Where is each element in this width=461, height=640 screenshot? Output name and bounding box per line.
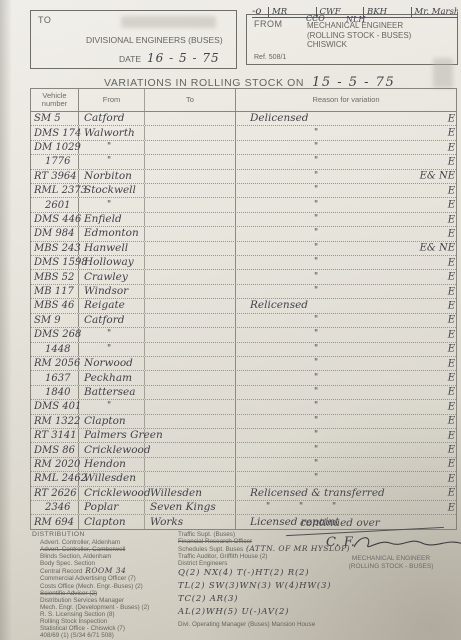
garage-allocation-line: TC(2) AR(3)	[178, 593, 336, 606]
table-row: RML 2373 Stockwell " E	[31, 184, 456, 198]
garage-allocation-line: TL(2) SW(3)WN(3) W(4)HW(3)	[178, 580, 336, 593]
distribution-item: Costs Office (Mech. Engr.-Buses) (2)	[32, 583, 184, 590]
from-cell: Windsor	[79, 286, 128, 297]
table-row: RM 694 Clapton Works Licensed repaint	[31, 515, 456, 528]
table-row: DMS 401 " " E	[31, 400, 456, 414]
from-label: FROM	[254, 19, 283, 29]
vehicle-number: MBS 46	[31, 300, 74, 311]
continued-over-note: continued over	[300, 517, 380, 529]
routing-initials-left: CCO	[306, 14, 325, 23]
signoff-title: MECHANICAL ENGINEER (ROLLING STOCK - BUS…	[326, 555, 456, 570]
from-cell: Hendon	[79, 459, 126, 470]
faint-edge-stamp	[433, 58, 453, 88]
vehicle-number: 1448	[31, 344, 70, 355]
margin-mark: E	[448, 473, 455, 484]
margin-mark: E	[448, 430, 455, 441]
from-cell: "	[79, 142, 111, 153]
vehicle-number: 1776	[31, 156, 70, 167]
reason-cell: "	[236, 459, 318, 470]
from-cell: Hanwell	[79, 243, 128, 254]
document-title: VARIATIONS IN ROLLING STOCK ON15 - 5 - 7…	[104, 73, 395, 91]
table-row: 1776 " " E	[31, 155, 456, 169]
margin-mark: E	[448, 329, 455, 340]
from-cell: Norwood	[79, 358, 133, 369]
from-line-2: (ROLLING STOCK - BUSES)	[307, 31, 411, 41]
signoff-line-1: MECHANICAL ENGINEER	[326, 555, 456, 563]
from-cell: Clapton	[79, 517, 126, 528]
table-row: DMS 446 Enfield " E	[31, 213, 456, 227]
vehicle-number: 1840	[31, 387, 70, 398]
to-cell: Willesden	[145, 488, 202, 499]
table-row: RT 2626 Cricklewood Willesden Relicensed…	[31, 487, 456, 501]
title-printed: VARIATIONS IN ROLLING STOCK ON	[104, 77, 304, 89]
vehicle-number: DM 1029	[31, 142, 81, 153]
vehicle-number: DMS 174	[31, 128, 81, 139]
routing-cell: BKH	[363, 7, 411, 17]
vehicle-number: RM 2056	[31, 358, 80, 369]
margin-mark: E	[448, 358, 455, 369]
table-row: RT 3964 Norbiton " E& NE	[31, 170, 456, 184]
from-cell: Catford	[79, 113, 124, 124]
table-row: MB 117 Windsor " E	[31, 285, 456, 299]
table-row: 2601 " " E	[31, 198, 456, 212]
table-row: RML 2462 Willesden " E	[31, 472, 456, 486]
vehicle-number: DMS 86	[31, 445, 75, 456]
margin-mark: E	[448, 401, 455, 412]
table-row: DMS 86 Cricklewood " E	[31, 443, 456, 457]
margin-mark: E	[448, 228, 455, 239]
reason-cell: "	[236, 228, 318, 239]
from-cell: "	[79, 200, 111, 211]
distribution-item: Advert. Controller, Camberwell	[32, 546, 184, 553]
distribution-item: Central Record ROOM 34	[32, 567, 184, 575]
margin-mark: E	[448, 214, 455, 225]
table-header-row: Vehicle number From To Reason for variat…	[31, 89, 456, 112]
reason-cell: "	[236, 257, 318, 268]
margin-mark: E& NE	[420, 171, 455, 182]
from-cell: Battersea	[79, 387, 136, 398]
vehicle-number: DMS 446	[31, 214, 81, 225]
reason-cell: "	[236, 401, 318, 412]
vehicle-number: RM 1322	[31, 416, 80, 427]
distribution-header: DISTRIBUTION	[32, 531, 184, 538]
to-label: TO	[38, 15, 51, 25]
col-header-to: To	[145, 89, 236, 111]
from-cell: Stockwell	[79, 185, 136, 196]
margin-mark: E	[448, 373, 455, 384]
vehicle-number: DMS 401	[31, 401, 81, 412]
from-cell: Cricklewood	[79, 445, 151, 456]
distribution-item: R. S. Licensing Section (8)	[32, 611, 184, 618]
margin-mark: E	[448, 300, 455, 311]
garage-allocation-line: AL(2)WH(5) U(-)AV(2)	[178, 606, 336, 619]
distribution-item: Advert. Controller, Aldenham	[32, 539, 184, 546]
distribution-left: DISTRIBUTION Advert. Controller, Aldenha…	[32, 531, 184, 639]
vehicle-number: MB 117	[31, 286, 74, 297]
to-cell: Seven Kings	[145, 502, 216, 513]
margin-mark: E	[448, 272, 455, 283]
vehicle-number: RT 2626	[31, 488, 77, 499]
reason-cell: "	[236, 430, 318, 441]
reason-cell: "	[236, 156, 318, 167]
from-cell: Clapton	[79, 416, 126, 427]
margin-mark: E	[448, 113, 455, 124]
reason-cell: "	[236, 358, 318, 369]
margin-mark: E	[448, 459, 455, 470]
vehicle-number: MBS 52	[31, 272, 74, 283]
distribution-footer: Divl. Operating Manager (Buses) Mansion …	[178, 621, 336, 628]
reason-cell: "	[236, 373, 318, 384]
vehicle-number: 2346	[31, 502, 70, 513]
margin-mark: E	[448, 488, 455, 499]
distribution-middle: Traffic Supt. (Buses)Financial Research …	[178, 531, 336, 628]
table-row: MBS 52 Crawley " E	[31, 270, 456, 284]
table-row: SM 9 Catford " E	[31, 314, 456, 328]
col-header-from: From	[79, 89, 145, 111]
reason-cell: "	[236, 344, 318, 355]
from-cell: "	[79, 156, 111, 167]
distribution-item: Mech. Engr. (Development - Buses) (2)	[32, 604, 184, 611]
margin-mark: E	[448, 445, 455, 456]
from-cell: "	[79, 329, 111, 340]
distribution-item-handwritten: ROOM 34	[82, 566, 126, 575]
margin-mark: E	[448, 387, 455, 398]
ref-number: Ref. 508/1	[254, 54, 286, 61]
distribution-item: District Engineers	[178, 560, 336, 567]
reason-cell: "	[236, 387, 318, 398]
from-cell: Crawley	[79, 272, 128, 283]
reason-cell: Relicensed	[236, 300, 308, 311]
vehicle-number: RT 3964	[31, 171, 77, 182]
col-header-reason: Reason for variation	[236, 89, 456, 111]
margin-mark: E	[448, 502, 455, 513]
routing-pre-mark: -o	[252, 6, 268, 17]
distribution-item: Traffic Auditor, Griffith House (2)	[178, 553, 336, 560]
from-cell: Reigate	[79, 300, 125, 311]
distribution-item: Blinds Section, Aldenham	[32, 553, 184, 560]
to-addressee: DIVISIONAL ENGINEERS (BUSES)	[86, 35, 223, 45]
reason-cell: "	[236, 473, 318, 484]
vehicle-number: DM 984	[31, 228, 75, 239]
table-row: 1840 Battersea " E	[31, 386, 456, 400]
vehicle-number: RM 2020	[31, 459, 80, 470]
reason-cell: "	[236, 243, 318, 254]
table-row: DM 1029 " " E	[31, 141, 456, 155]
to-box: TO DIVISIONAL ENGINEERS (BUSES) DATE16 -…	[30, 10, 237, 69]
reason-cell: "	[236, 171, 318, 182]
reason-cell: Relicensed & transferred	[236, 488, 385, 499]
table-row: DMS 268 " " E	[31, 328, 456, 342]
table-row: MBS 46 Reigate Relicensed E	[31, 299, 456, 313]
garage-allocation-line: Q(2) NX(4) T(-)HT(2) R(2)	[178, 567, 336, 580]
table-row: RM 2020 Hendon " E	[31, 458, 456, 472]
scanned-memo-page: -o MRCWFBKHMr. Marshall CCO NLH TO DIVIS…	[0, 0, 461, 640]
reason-cell: " " "	[236, 502, 336, 513]
margin-mark: E	[448, 286, 455, 297]
distribution-left-list: Advert. Controller, AldenhamAdvert. Cont…	[32, 539, 184, 639]
signoff-line-2: (ROLLING STOCK - BUSES)	[326, 563, 456, 571]
date-line: DATE16 - 5 - 75	[119, 51, 220, 65]
routing-cell: Mr. Marshall	[411, 7, 459, 17]
from-cell: Norbiton	[79, 171, 132, 182]
faint-stamp	[121, 16, 216, 28]
signature: C. F.	[326, 533, 456, 555]
margin-mark: E	[448, 315, 455, 326]
vehicle-number: SM 5	[31, 113, 61, 124]
margin-mark: E& NE	[420, 243, 455, 254]
margin-mark: E	[448, 416, 455, 427]
distribution-item: Distribution Services Manager	[32, 597, 184, 604]
distribution-item: Commercial Advertising Officer (7)	[32, 575, 184, 582]
table-row: 1448 " " E	[31, 343, 456, 357]
table-row: RM 2056 Norwood " E	[31, 357, 456, 371]
from-cell: Cricklewood	[79, 488, 151, 499]
reason-cell: "	[236, 329, 318, 340]
from-cell: Holloway	[79, 257, 134, 268]
table-row: RM 1322 Clapton " E	[31, 415, 456, 429]
table-row: 1637 Peckham " E	[31, 371, 456, 385]
date-label: DATE	[119, 54, 141, 64]
table-row: 2346 Poplar Seven Kings " " " E	[31, 501, 456, 515]
margin-mark: E	[448, 142, 455, 153]
vehicle-number: 2601	[31, 200, 70, 211]
reason-cell: "	[236, 315, 318, 326]
table-row: DMS 1598 Holloway " E	[31, 256, 456, 270]
distribution-item: Statistical Office - Chiswick (7)	[32, 625, 184, 632]
distribution-item: Rolling Stock Inspection	[32, 618, 184, 625]
reason-cell: "	[236, 142, 318, 153]
from-cell: "	[79, 344, 111, 355]
vehicle-number: SM 9	[31, 315, 61, 326]
col-header-vehicle: Vehicle number	[31, 89, 79, 111]
variations-rows: SM 5 Catford Delicensed E DMS 174 Walwor…	[31, 112, 456, 529]
margin-mark: E	[448, 200, 455, 211]
reason-cell: "	[236, 214, 318, 225]
table-row: DM 984 Edmonton " E	[31, 227, 456, 241]
from-cell: Poplar	[79, 502, 118, 513]
from-cell: Willesden	[79, 473, 136, 484]
routing-initials-right: NLH	[346, 15, 365, 24]
distribution-item: Scientific Adviser (2)	[32, 590, 184, 597]
distribution-item: 408/69 (1) (S/34 6/71 508)	[32, 632, 184, 639]
reason-cell: "	[236, 185, 318, 196]
vehicle-number: 1637	[31, 373, 70, 384]
reason-cell: "	[236, 445, 318, 456]
vehicle-number: MBS 243	[31, 243, 81, 254]
vehicle-number: RM 694	[31, 517, 74, 528]
distribution-item: Schedules Supt. Buses (ATTN. OF MR HYSLO…	[178, 545, 336, 553]
table-row: SM 5 Catford Delicensed E	[31, 112, 456, 126]
title-date-handwritten: 15 - 5 - 75	[312, 75, 395, 90]
date-value-handwritten: 16 - 5 - 75	[147, 51, 220, 65]
distribution-item: Traffic Supt. (Buses)	[178, 531, 336, 538]
from-cell: "	[79, 401, 111, 412]
table-row: MBS 243 Hanwell " E& NE	[31, 242, 456, 256]
reason-cell: Delicensed	[236, 113, 309, 124]
from-cell: Peckham	[79, 373, 132, 384]
to-cell: Works	[145, 517, 183, 528]
vehicle-number: DMS 268	[31, 329, 81, 340]
reason-cell: "	[236, 416, 318, 427]
table-row: DMS 174 Walworth " E	[31, 126, 456, 140]
from-cell: Walworth	[79, 128, 135, 139]
margin-mark: E	[448, 257, 455, 268]
distribution-middle-list: Traffic Supt. (Buses)Financial Research …	[178, 531, 336, 567]
reason-cell: "	[236, 272, 318, 283]
from-address: MECHANICAL ENGINEER (ROLLING STOCK - BUS…	[307, 21, 411, 50]
margin-mark: E	[448, 344, 455, 355]
vehicle-number: RT 3141	[31, 430, 77, 441]
reason-cell: "	[236, 286, 318, 297]
from-cell: Enfield	[79, 214, 122, 225]
reason-cell: "	[236, 200, 318, 211]
signature-flourish	[350, 533, 461, 555]
from-cell: Catford	[79, 315, 124, 326]
table-row: RT 3141 Palmers Green " E	[31, 429, 456, 443]
margin-mark: E	[448, 185, 455, 196]
allocation-lines: Q(2) NX(4) T(-)HT(2) R(2)TL(2) SW(3)WN(3…	[178, 567, 336, 619]
from-cell: Edmonton	[79, 228, 139, 239]
variations-table: Vehicle number From To Reason for variat…	[30, 88, 457, 530]
from-line-3: CHISWICK	[307, 40, 411, 50]
reason-cell: "	[236, 128, 318, 139]
margin-mark: E	[448, 128, 455, 139]
margin-mark: E	[448, 156, 455, 167]
signoff-block: C. F. MECHANICAL ENGINEER (ROLLING STOCK…	[326, 533, 456, 570]
